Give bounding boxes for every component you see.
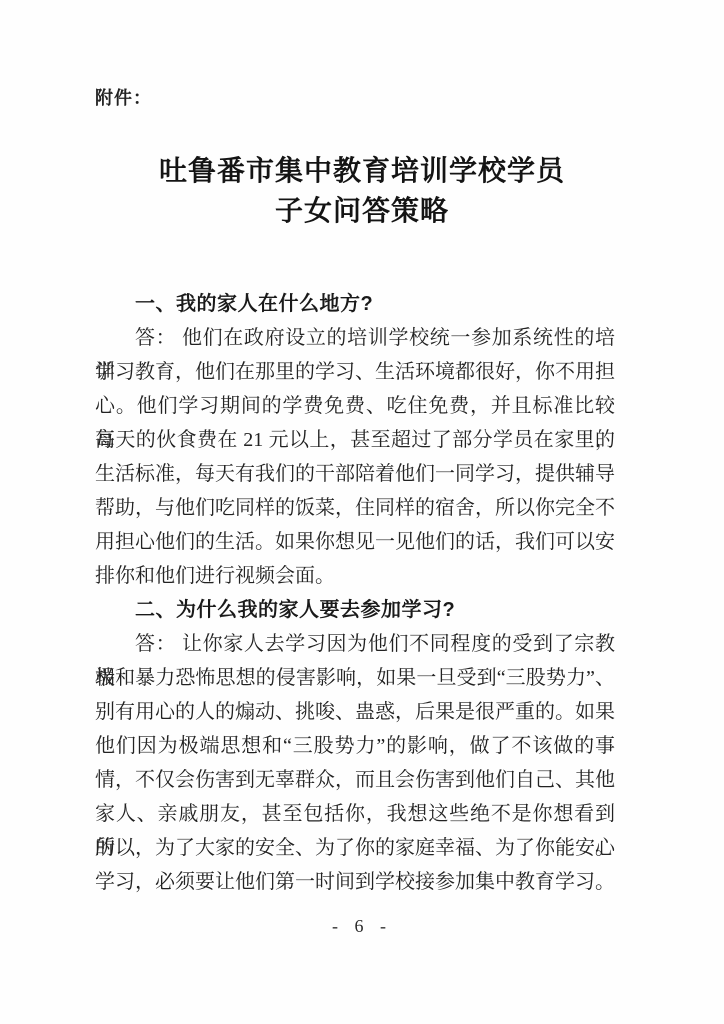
answer-2-line-5: 情，不仅会伤害到无辜群众，而且会伤害到他们自己、其他 bbox=[95, 763, 615, 797]
answer-1-line-5: 生活标准，每天有我们的干部陪着他们一同学习，提供辅导 bbox=[95, 457, 615, 491]
answer-2-line-8: 学习，必须要让他们第一时间到学校接参加集中教育学习。 bbox=[95, 865, 615, 899]
page-number: - 6 - bbox=[0, 916, 724, 937]
title-line-1: 吐鲁番市集中教育培训学校学员 bbox=[0, 152, 724, 192]
answer-2-line-7: 所以，为了大家的安全、为了你的家庭幸福、为了你能安心 bbox=[95, 831, 615, 865]
document-title: 吐鲁番市集中教育培训学校学员 子女问答策略 bbox=[0, 152, 724, 232]
answer-2-line-3: 别有用心的人的煽动、挑唆、蛊惑，后果是很严重的。如果 bbox=[95, 695, 615, 729]
answer-1-line-8: 排你和他们进行视频会面。 bbox=[95, 559, 615, 593]
answer-1-line-3: 心。他们学习期间的学费免费、吃住免费，并且标准比较高， bbox=[95, 389, 615, 423]
answer-2-line-2: 端和暴力恐怖思想的侵害影响，如果一旦受到“三股势力”、 bbox=[95, 661, 615, 695]
answer-1-line-4: 每天的伙食费在 21 元以上，甚至超过了部分学员在家里的 bbox=[95, 423, 615, 457]
attachment-label: 附件： bbox=[95, 84, 152, 110]
question-1-heading: 一、我的家人在什么地方? bbox=[95, 287, 615, 321]
answer-1-line-6: 帮助，与他们吃同样的饭菜，住同样的宿舍，所以你完全不 bbox=[95, 491, 615, 525]
answer-1-line-7: 用担心他们的生活。如果你想见一见他们的话，我们可以安 bbox=[95, 525, 615, 559]
answer-1-line-2: 学习教育，他们在那里的学习、生活环境都很好，你不用担 bbox=[95, 355, 615, 389]
question-2-heading: 二、为什么我的家人要去参加学习? bbox=[95, 593, 615, 627]
title-line-2: 子女问答策略 bbox=[0, 192, 724, 232]
document-body: 一、我的家人在什么地方? 答： 他们在政府设立的培训学校统一参加系统性的培训 学… bbox=[95, 287, 615, 899]
answer-2-line-4: 他们因为极端思想和“三股势力”的影响，做了不该做的事 bbox=[95, 729, 615, 763]
answer-1-line-1: 答： 他们在政府设立的培训学校统一参加系统性的培训 bbox=[95, 321, 615, 355]
answer-2-line-6: 家人、亲戚朋友，甚至包括你，我想这些绝不是你想看到的。 bbox=[95, 797, 615, 831]
answer-2-line-1: 答： 让你家人去学习因为他们不同程度的受到了宗教极 bbox=[95, 627, 615, 661]
document-page: 附件： 吐鲁番市集中教育培训学校学员 子女问答策略 一、我的家人在什么地方? 答… bbox=[0, 0, 724, 1024]
